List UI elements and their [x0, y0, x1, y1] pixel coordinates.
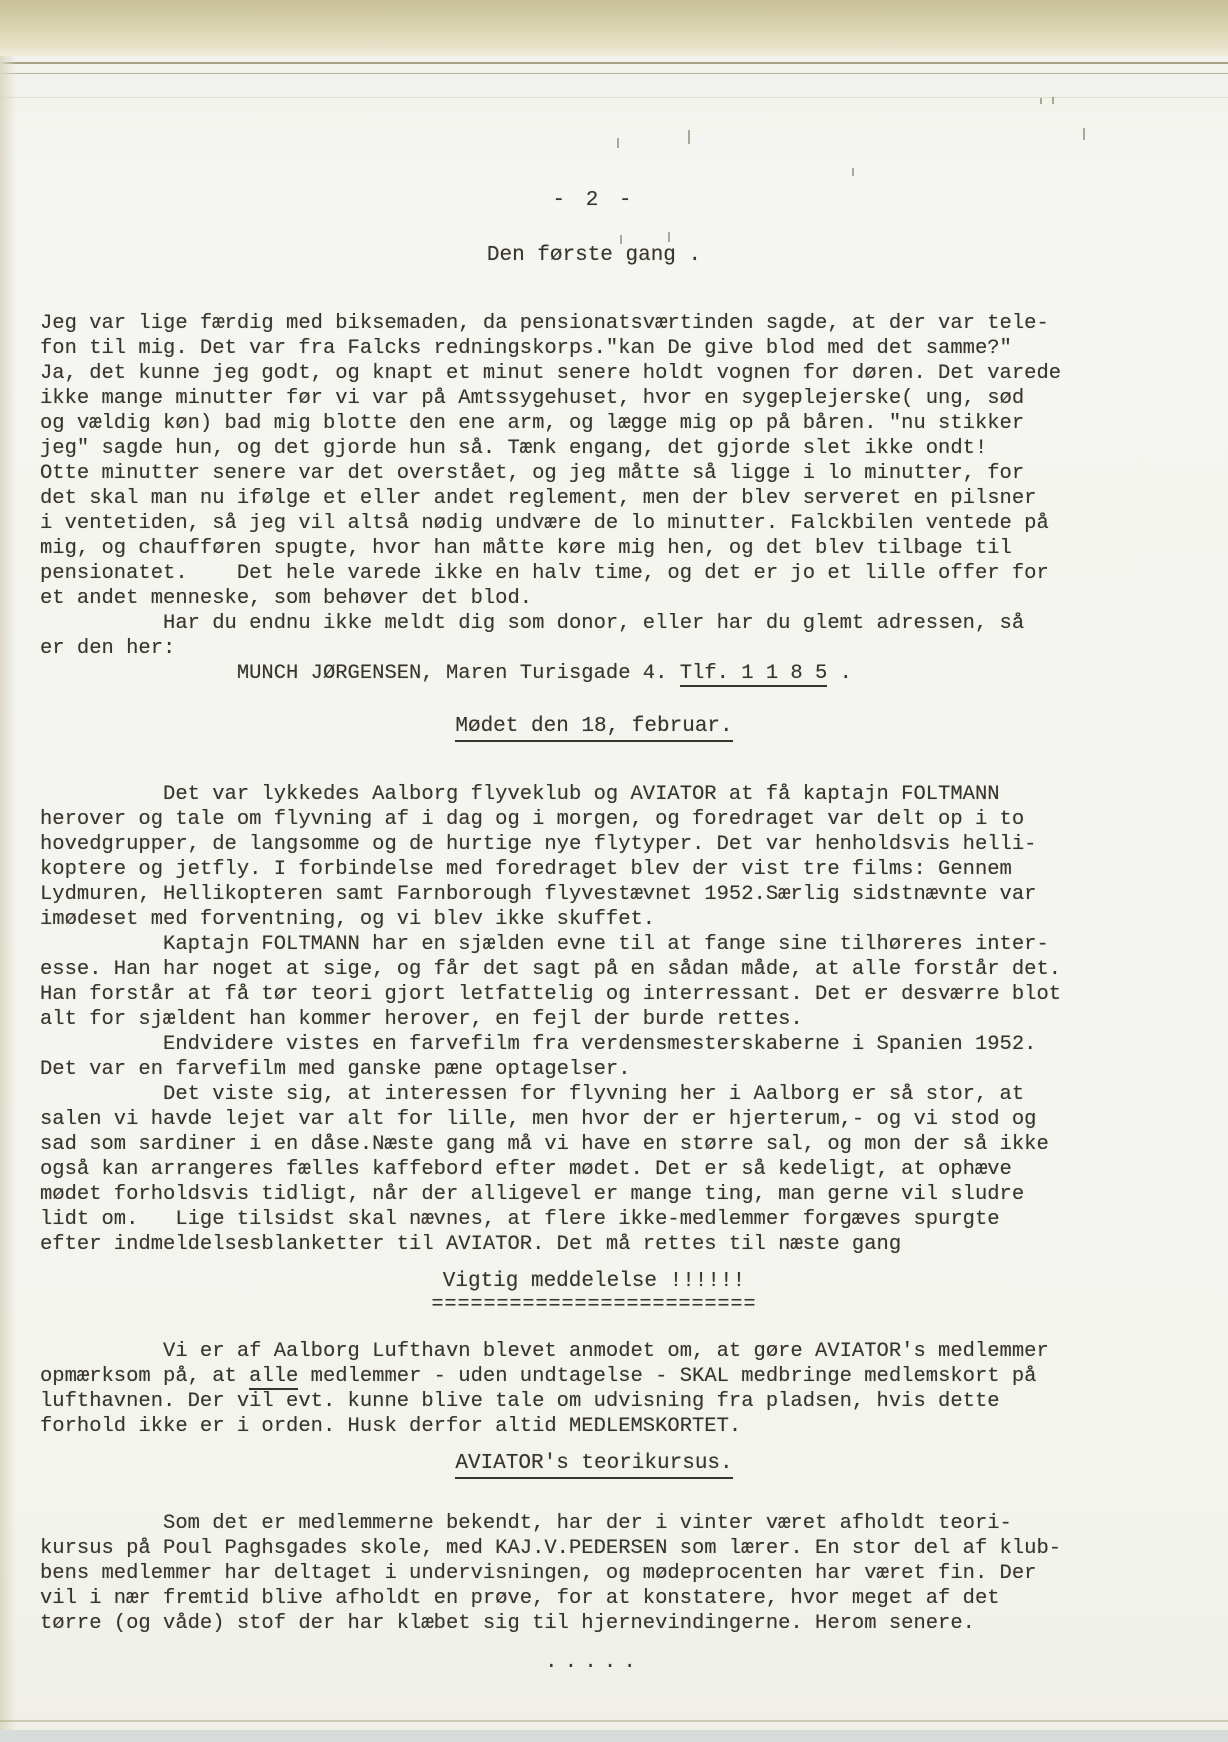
address-tail: . [827, 662, 852, 685]
text-line: fon til mig. Det var fra Falcks rednings… [40, 336, 1148, 361]
section-heading-important-notice: Vigtig meddelelse !!!!!! [40, 1269, 1148, 1295]
text-line: koptere og jetfly. I forbindelse med for… [40, 857, 1148, 882]
heading-text-underlined: Mødet den 18, februar. [455, 715, 732, 742]
paper-speck [617, 138, 619, 148]
paper-speck [1052, 97, 1054, 104]
text-line: er den her: [40, 636, 1148, 661]
text-line: alt for sjældent han kommer herover, en … [40, 1007, 1148, 1032]
scanned-page: - 2 - Den første gang . Jeg var lige fær… [0, 0, 1228, 1742]
text-line: Jeg var lige færdig med biksemaden, da p… [40, 311, 1148, 336]
text-line: Som det er medlemmerne bekendt, har der … [40, 1511, 1148, 1536]
text-line: Lydmuren, Hellikopteren samt Farnborough… [40, 882, 1148, 907]
text-line: forhold ikke er i orden. Husk derfor alt… [40, 1414, 1148, 1439]
text-line: Endvidere vistes en farvefilm fra verden… [40, 1032, 1148, 1057]
text-line: hovedgrupper, de langsomme og de hurtige… [40, 832, 1148, 857]
text-line: herover og tale om flyvning af i dag og … [40, 807, 1148, 832]
text-line: Otte minutter senere var det overstået, … [40, 461, 1148, 486]
heading-equals-underline: ========================= [40, 1295, 1148, 1315]
address-phone-underlined: Tlf. 1 1 8 5 [680, 662, 828, 687]
text-line: mødet forholdsvis tidligt, når der allig… [40, 1182, 1148, 1207]
text-line: efter indmeldelsesblanketter til AVIATOR… [40, 1232, 1148, 1257]
heading-text-underlined: AVIATOR's teorikursus. [455, 1452, 732, 1479]
footer-dots: ..... [40, 1650, 1148, 1675]
emphasis-pre: opmærksom på, at [40, 1365, 249, 1388]
text-line: imødeset med forventning, og vi blev ikk… [40, 907, 1148, 932]
text-line: Det var en farvefilm med ganske pæne opt… [40, 1057, 1148, 1082]
notice-emphasis-line: opmærksom på, at alle medlemmer - uden u… [40, 1364, 1148, 1389]
scan-edge-line [0, 62, 1228, 64]
text-line: kursus på Poul Paghsgades skole, med KAJ… [40, 1536, 1148, 1561]
paper-left-edge [0, 56, 16, 1742]
text-line: Ja, det kunne jeg godt, og knapt et minu… [40, 361, 1148, 386]
paragraph-notice-intro: Vi er af Aalborg Lufthavn blevet anmodet… [40, 1339, 1148, 1364]
paper-bottom-edge [0, 1730, 1228, 1742]
paper-speck [852, 168, 854, 176]
donor-address-line: MUNCH JØRGENSEN, Maren Turisgade 4. Tlf.… [40, 661, 1148, 686]
text-line: lufthavnen. Der vil evt. kunne blive tal… [40, 1389, 1148, 1414]
text-line: bens medlemmer har deltaget i undervisni… [40, 1561, 1148, 1586]
paragraph-meeting-report: Det var lykkedes Aalborg flyveklub og AV… [40, 782, 1148, 1257]
paragraph-blood-donation: Jeg var lige færdig med biksemaden, da p… [40, 311, 1148, 661]
section-heading-meeting: Mødet den 18, februar. [40, 714, 1148, 740]
heading-text: Vigtig meddelelse !!!!!! [443, 1270, 745, 1293]
text-line: salen vi havde lejet var alt for lille, … [40, 1107, 1148, 1132]
paragraph-theory-course: Som det er medlemmerne bekendt, har der … [40, 1511, 1148, 1636]
text-line: Kaptajn FOLTMANN har en sjælden evne til… [40, 932, 1148, 957]
scan-edge-line [0, 97, 1228, 98]
text-line: sad som sardiner i en dåse.Næste gang må… [40, 1132, 1148, 1157]
text-line: lidt om. Lige tilsidst skal nævnes, at f… [40, 1207, 1148, 1232]
paper-speck [1040, 98, 1042, 104]
page-number: - 2 - [40, 188, 1148, 213]
text-line: Vi er af Aalborg Lufthavn blevet anmodet… [40, 1339, 1148, 1364]
paper-top-edge [0, 0, 1228, 56]
address-text: MUNCH JØRGENSEN, Maren Turisgade 4. [40, 662, 680, 685]
emphasis-post: medlemmer - uden undtagelse - SKAL medbr… [298, 1365, 1036, 1388]
text-line: Han forstår at få tør teori gjort letfat… [40, 982, 1148, 1007]
text-line: jeg" sagde hun, og det gjorde hun så. Tæ… [40, 436, 1148, 461]
section-heading-theory-course: AVIATOR's teorikursus. [40, 1451, 1148, 1477]
emphasis-word-underlined: alle [249, 1365, 298, 1390]
text-line: Det viste sig, at interessen for flyvnin… [40, 1082, 1148, 1107]
text-line: Det var lykkedes Aalborg flyveklub og AV… [40, 782, 1148, 807]
paper-speck [1083, 128, 1085, 140]
text-line: i ventetiden, så jeg vil altså nødig und… [40, 511, 1148, 536]
text-line: også kan arrangeres fælles kaffebord eft… [40, 1157, 1148, 1182]
text-line: esse. Han har noget at sige, og får det … [40, 957, 1148, 982]
text-line: mig, og chaufføren spugte, hvor han mått… [40, 536, 1148, 561]
paragraph-notice-rest: lufthavnen. Der vil evt. kunne blive tal… [40, 1389, 1148, 1439]
text-line: vil i nær fremtid blive afholdt en prøve… [40, 1586, 1148, 1611]
text-line: tørre (og våde) stof der har klæbet sig … [40, 1611, 1148, 1636]
text-line: ikke mange minutter før vi var på Amtssy… [40, 386, 1148, 411]
scan-edge-line [0, 73, 1228, 74]
text-line: pensionatet. Det hele varede ikke en hal… [40, 561, 1148, 586]
text-line: og vældig køn) bad mig blotte den ene ar… [40, 411, 1148, 436]
paper-speck [688, 130, 690, 144]
text-line: det skal man nu ifølge et eller andet re… [40, 486, 1148, 511]
page-content: - 2 - Den første gang . Jeg var lige fær… [40, 188, 1148, 1675]
heading-text: Den første gang . [487, 244, 701, 267]
paper-bottom-edge-line [0, 1720, 1228, 1722]
section-heading-first-time: Den første gang . [40, 243, 1148, 269]
text-line: et andet menneske, som behøver det blod. [40, 586, 1148, 611]
text-line: Har du endnu ikke meldt dig som donor, e… [40, 611, 1148, 636]
